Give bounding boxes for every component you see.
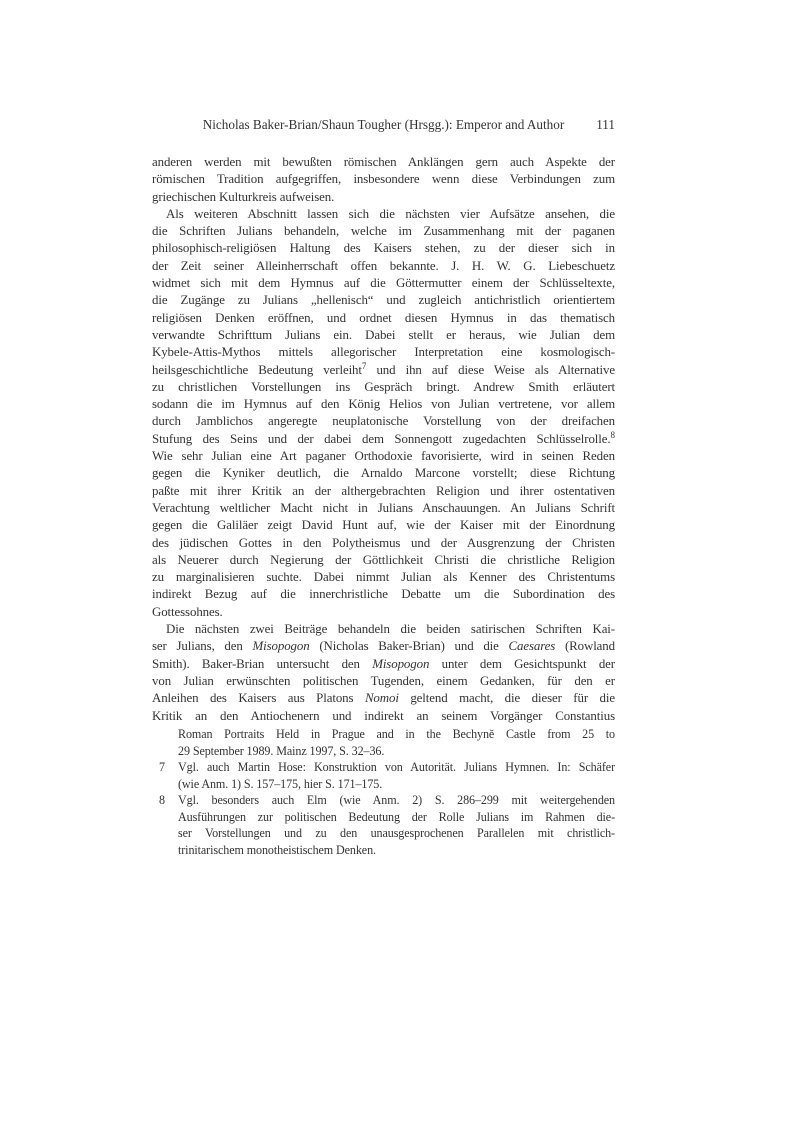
text-line: Wie sehr Julian eine Art paganer Orthodo… xyxy=(152,448,615,465)
text-line: die Zugänge zu Julians „hellenisch“ und … xyxy=(152,292,615,309)
text-line: zu marginalisieren suchte. Dabei nimmt J… xyxy=(152,569,615,586)
text-line: Ausführungen zur politischen Bedeutung d… xyxy=(178,809,615,826)
text-line: durch Jamblichos angeregte neuplatonisch… xyxy=(152,413,615,430)
running-header: Nicholas Baker-Brian/Shaun Tougher (Hrsg… xyxy=(152,117,615,133)
text-line: die Schriften Julians behandeln, welche … xyxy=(152,223,615,240)
text-line: Verachtung weltlicher Macht nicht in Jul… xyxy=(152,500,615,517)
footnote-ref: 7 xyxy=(362,361,367,371)
text-line: widmet sich mit dem Hymnus auf die Götte… xyxy=(152,275,615,292)
footnote-ref: 8 xyxy=(611,430,616,440)
text-line: Stufung des Seins und der dabei dem Sonn… xyxy=(152,431,615,448)
running-header-title: Nicholas Baker-Brian/Shaun Tougher (Hrsg… xyxy=(203,117,565,132)
text-line: gegen die Kyniker deutlich, die Arnaldo … xyxy=(152,465,615,482)
text-line: ser Vorstellungen und zu den unausgespro… xyxy=(178,825,615,842)
text-line: (wie Anm. 1) S. 157–175, hier S. 171–175… xyxy=(178,776,615,793)
page-number: 111 xyxy=(596,117,615,133)
text-line: gegen die Galiläer zeigt David Hunt auf,… xyxy=(152,517,615,534)
footnote-number: 8 xyxy=(159,792,165,809)
text-line: der Zeit seiner Alleinherrschaft offen b… xyxy=(152,258,615,275)
text-line: verwandte Schrifttum Julians ein. Dabei … xyxy=(152,327,615,344)
footnote: 7Vgl. auch Martin Hose: Konstruktion von… xyxy=(152,759,615,792)
text-line: Als weiteren Abschnitt lassen sich die n… xyxy=(152,206,615,223)
text-line: anderen werden mit bewußten römischen An… xyxy=(152,154,615,171)
text-line: sodann die im Hymnus auf den König Helio… xyxy=(152,396,615,413)
text-line: ser Julians, den Misopogon (Nicholas Bak… xyxy=(152,638,615,655)
footnote-number: 7 xyxy=(159,759,165,776)
text-line: Anleihen des Kaisers aus Platons Nomoi g… xyxy=(152,690,615,707)
text-line: römischen Tradition aufgegriffen, insbes… xyxy=(152,171,615,188)
text-line: philosophisch-religiösen Haltung des Kai… xyxy=(152,240,615,257)
footnote: 8Vgl. besonders auch Elm (wie Anm. 2) S.… xyxy=(152,792,615,858)
text-line: paßte mit ihrer Kritik an der althergebr… xyxy=(152,483,615,500)
text-line: von Julian erwünschten politischen Tugen… xyxy=(152,673,615,690)
text-line: Smith). Baker-Brian untersucht den Misop… xyxy=(152,656,615,673)
footnote: Roman Portraits Held in Prague and in th… xyxy=(152,726,615,759)
body-text: anderen werden mit bewußten römischen An… xyxy=(152,154,615,725)
text-line: Vgl. auch Martin Hose: Konstruktion von … xyxy=(178,759,615,776)
text-line: als Neuerer durch Negierung der Göttlich… xyxy=(152,552,615,569)
text-line: griechischen Kulturkreis aufweisen. xyxy=(152,189,615,206)
text-line: Roman Portraits Held in Prague and in th… xyxy=(178,726,615,743)
book-page: Nicholas Baker-Brian/Shaun Tougher (Hrsg… xyxy=(0,0,800,1131)
text-line: Die nächsten zwei Beiträge behandeln die… xyxy=(152,621,615,638)
text-line: indirekt Bezug auf die innerchristliche … xyxy=(152,586,615,603)
text-line: religiösen Denken eröffnen, und ordnet d… xyxy=(152,310,615,327)
text-line: Kybele-Attis-Mythos mittels allegorische… xyxy=(152,344,615,361)
text-line: Kritik an den Antiochenern und indirekt … xyxy=(152,708,615,725)
text-line: des jüdischen Gottes in den Polytheismus… xyxy=(152,535,615,552)
text-line: 29 September 1989. Mainz 1997, S. 32–36. xyxy=(178,743,615,760)
text-line: zu christlichen Vorstellungen ins Gesprä… xyxy=(152,379,615,396)
text-line: trinitarischem monotheistischem Denken. xyxy=(178,842,615,859)
text-line: Gottessohnes. xyxy=(152,604,615,621)
text-line: heilsgeschichtliche Bedeutung verleiht7 … xyxy=(152,362,615,379)
footnotes: Roman Portraits Held in Prague and in th… xyxy=(152,726,615,858)
text-line: Vgl. besonders auch Elm (wie Anm. 2) S. … xyxy=(178,792,615,809)
